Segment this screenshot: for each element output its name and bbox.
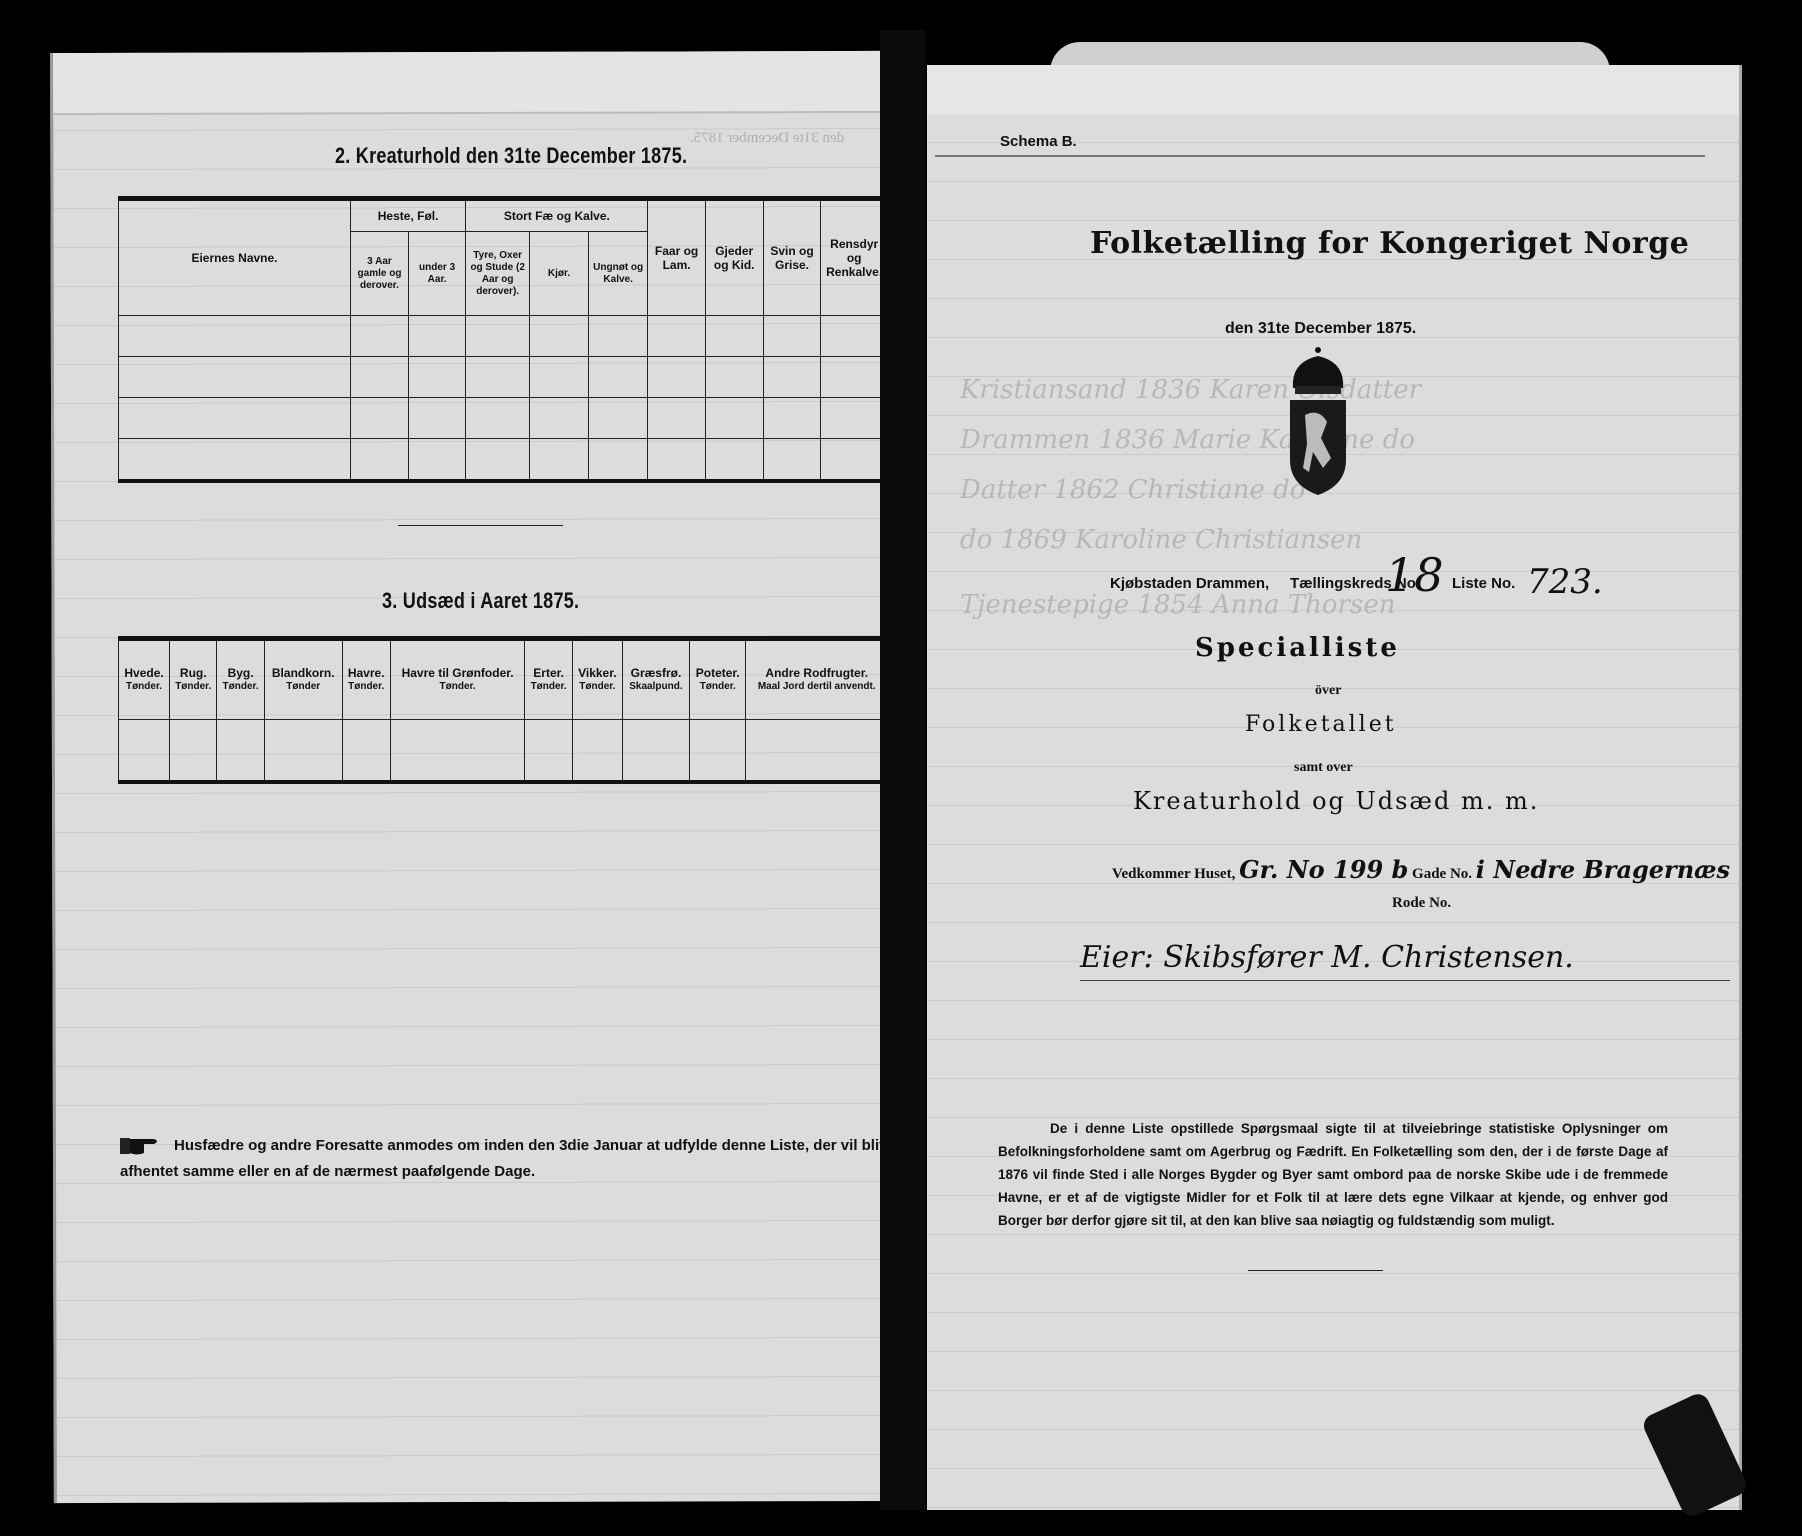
table-cell[interactable] xyxy=(390,720,525,783)
table-cell[interactable] xyxy=(119,439,351,482)
specialliste-heading: Specialliste xyxy=(1195,633,1400,663)
col-oats-green-fodder: Havre til Grønfoder.Tønder. xyxy=(390,639,525,720)
table-cell[interactable] xyxy=(119,398,351,439)
over-text: över xyxy=(1315,683,1341,699)
table-cell[interactable] xyxy=(466,357,530,398)
area-handwritten: i Nedre Bragernæs xyxy=(1476,855,1730,884)
bleed-through-handwriting: Datter 1862 Christiane do xyxy=(960,475,1305,505)
table-cell[interactable] xyxy=(588,357,648,398)
seed-section-title: 3. Udsæd i Aaret 1875. xyxy=(382,588,579,614)
table-cell[interactable] xyxy=(408,439,465,482)
col-grass-seed: Græsfrø.Skaalpund. xyxy=(622,639,689,720)
table-cell[interactable] xyxy=(350,439,408,482)
house-label: Vedkommer Huset, xyxy=(1112,866,1235,882)
table-cell[interactable] xyxy=(588,439,648,482)
col-owner-names: Eiernes Navne. xyxy=(119,199,351,316)
table-cell[interactable] xyxy=(408,357,465,398)
table-cell[interactable] xyxy=(705,316,763,357)
page-top-band xyxy=(53,51,911,115)
table-cell[interactable] xyxy=(690,720,746,783)
table-cell[interactable] xyxy=(648,398,705,439)
col-peas: Erter.Tønder. xyxy=(525,639,572,720)
district-line: Kjøbstaden Drammen, Tællingskreds No. xyxy=(1110,575,1420,592)
table-cell[interactable] xyxy=(763,398,821,439)
table-cell[interactable] xyxy=(821,357,888,398)
table-cell[interactable] xyxy=(350,316,408,357)
table-cell[interactable] xyxy=(821,439,888,482)
col-sheep: Faar og Lam. xyxy=(648,199,705,316)
table-cell[interactable] xyxy=(119,316,351,357)
table-cell[interactable] xyxy=(821,316,888,357)
town-label: Kjøbstaden Drammen, xyxy=(1110,575,1269,592)
samt-over-text: samt over xyxy=(1294,760,1353,776)
table-cell[interactable] xyxy=(119,357,351,398)
pointing-hand-icon xyxy=(120,1135,160,1157)
col-mixed-grain: Blandkorn.Tønder xyxy=(264,639,342,720)
col-rye: Rug.Tønder. xyxy=(170,639,217,720)
livestock-section-title: 2. Kreaturhold den 31te December 1875. xyxy=(335,143,687,169)
table-cell[interactable] xyxy=(622,720,689,783)
section-divider xyxy=(398,525,563,526)
table-cell[interactable] xyxy=(821,398,888,439)
owner-handwritten: Eier: Skibsfører M. Christensen. xyxy=(1080,940,1574,975)
bleed-through-handwriting: do 1869 Karoline Christiansen xyxy=(960,525,1362,555)
book-gutter xyxy=(880,30,925,1510)
table-cell[interactable] xyxy=(588,316,648,357)
col-wheat: Hvede.Tønder. xyxy=(119,639,170,720)
col-young-cattle: Ungnøt og Kalve. xyxy=(588,232,648,316)
table-cell[interactable] xyxy=(763,316,821,357)
subject-livestock-seed: Kreaturhold og Udsæd m. m. xyxy=(1133,787,1539,815)
col-horses-under3: under 3 Aar. xyxy=(408,232,465,316)
explanatory-paragraph: De i denne Liste opstillede Spørgsmaal s… xyxy=(998,1117,1668,1232)
gade-label: Gade No. xyxy=(1412,866,1472,882)
col-barley: Byg.Tønder. xyxy=(217,639,264,720)
rode-label: Rode No. xyxy=(1392,895,1451,912)
table-row xyxy=(119,398,888,439)
table-cell[interactable] xyxy=(530,398,589,439)
livestock-table: Eiernes Navne. Heste, Føl. Stort Fæ og K… xyxy=(118,196,888,483)
table-row xyxy=(119,720,888,783)
col-vetch: Vikker.Tønder. xyxy=(572,639,622,720)
district-number: 18 xyxy=(1385,548,1444,602)
col-bulls-oxen: Tyre, Oxer og Stude (2 Aar og derover). xyxy=(466,232,530,316)
schema-rule xyxy=(935,155,1705,157)
table-cell[interactable] xyxy=(350,357,408,398)
col-oats: Havre.Tønder. xyxy=(342,639,390,720)
table-cell[interactable] xyxy=(530,357,589,398)
list-number: 723. xyxy=(1527,562,1603,602)
norwegian-coat-of-arms-icon xyxy=(1283,340,1353,500)
col-horses-group: Heste, Føl. xyxy=(350,199,465,232)
table-cell[interactable] xyxy=(588,398,648,439)
table-cell[interactable] xyxy=(746,720,888,783)
table-cell[interactable] xyxy=(648,357,705,398)
table-cell[interactable] xyxy=(170,720,217,783)
table-row xyxy=(119,316,888,357)
table-cell[interactable] xyxy=(466,439,530,482)
collection-notice: Husfædre og andre Foresatte anmodes om i… xyxy=(120,1133,900,1185)
table-cell[interactable] xyxy=(705,398,763,439)
col-reindeer: Rensdyr og Renkalve. xyxy=(821,199,888,316)
table-cell[interactable] xyxy=(217,720,264,783)
table-cell[interactable] xyxy=(408,398,465,439)
table-cell[interactable] xyxy=(408,316,465,357)
table-cell[interactable] xyxy=(525,720,572,783)
table-cell[interactable] xyxy=(466,398,530,439)
table-cell[interactable] xyxy=(572,720,622,783)
table-row xyxy=(119,357,888,398)
table-cell[interactable] xyxy=(648,439,705,482)
col-goats: Gjeder og Kid. xyxy=(705,199,763,316)
table-cell[interactable] xyxy=(530,439,589,482)
page-top-band xyxy=(927,65,1739,115)
table-cell[interactable] xyxy=(466,316,530,357)
col-horses-3plus: 3 Aar gamle og derover. xyxy=(350,232,408,316)
table-cell[interactable] xyxy=(705,357,763,398)
table-row xyxy=(119,439,888,482)
house-line: Vedkommer Huset, Gr. No 199 b Gade No. i… xyxy=(1112,855,1730,884)
col-cows: Kjør. xyxy=(530,232,589,316)
notice-text: Husfædre og andre Foresatte anmodes om i… xyxy=(120,1137,896,1180)
list-label: Liste No. xyxy=(1452,575,1515,592)
col-other-root-crops: Andre Rodfrugter.Maal Jord dertil anvend… xyxy=(746,639,888,720)
schema-label: Schema B. xyxy=(1000,133,1077,150)
col-pigs: Svin og Grise. xyxy=(763,199,821,316)
seed-table: Hvede.Tønder. Rug.Tønder. Byg.Tønder. Bl… xyxy=(118,636,888,784)
owner-underline xyxy=(1080,980,1730,981)
table-cell[interactable] xyxy=(648,316,705,357)
col-potatoes: Poteter.Tønder. xyxy=(690,639,746,720)
table-cell[interactable] xyxy=(342,720,390,783)
table-cell[interactable] xyxy=(705,439,763,482)
house-number-handwritten: Gr. No 199 b xyxy=(1239,855,1408,884)
table-cell[interactable] xyxy=(264,720,342,783)
table-cell[interactable] xyxy=(350,398,408,439)
col-cattle-group: Stort Fæ og Kalve. xyxy=(466,199,648,232)
bleed-through-text: den 31te December 1875. xyxy=(690,130,844,147)
table-cell[interactable] xyxy=(763,439,821,482)
closing-rule xyxy=(1248,1270,1383,1271)
page-title: Folketælling for Kongeriget Norge xyxy=(1090,226,1689,261)
table-cell[interactable] xyxy=(763,357,821,398)
table-cell[interactable] xyxy=(119,720,170,783)
subject-population: Folketallet xyxy=(1245,712,1397,737)
table-cell[interactable] xyxy=(530,316,589,357)
bleed-through-handwriting: Tjenestepige 1854 Anna Thorsen xyxy=(960,590,1395,620)
census-date: den 31te December 1875. xyxy=(1225,320,1416,338)
